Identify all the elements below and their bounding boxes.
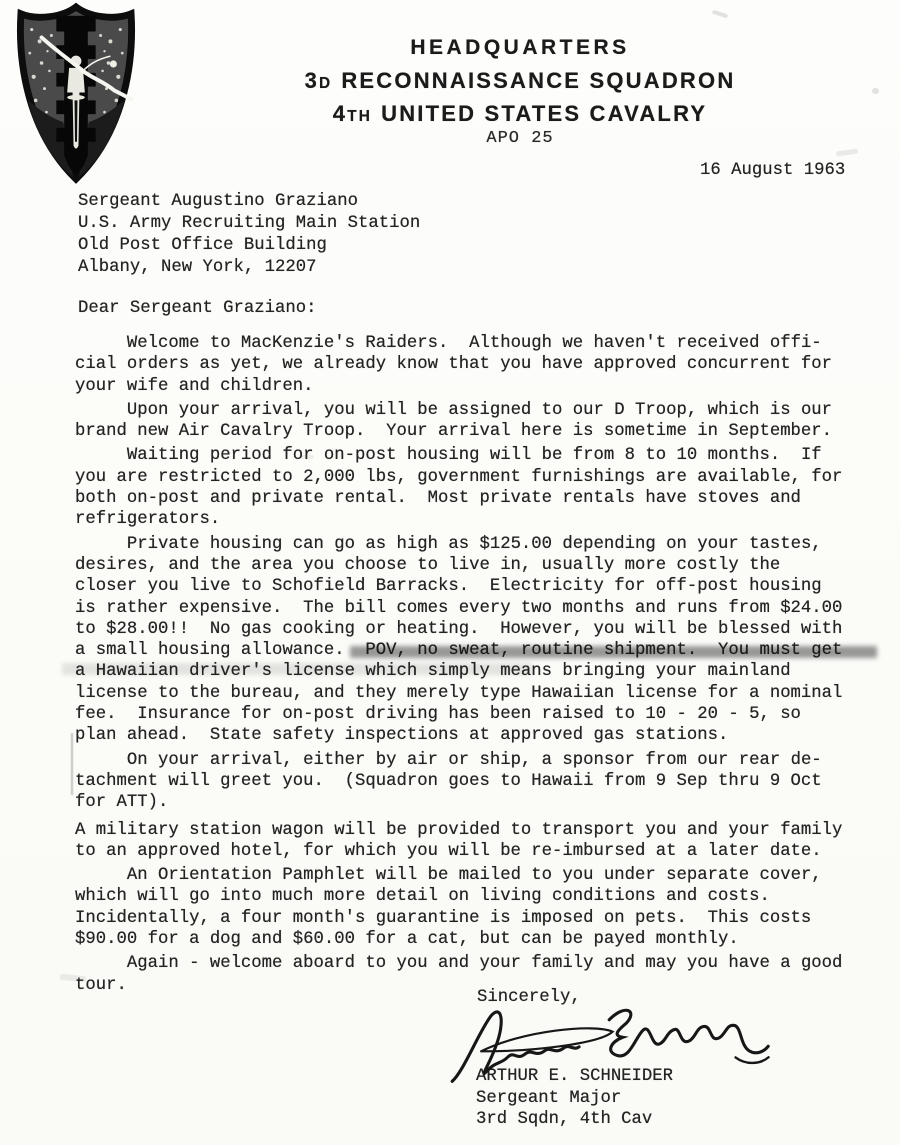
recipient-name: Sergeant Augustino Graziano: [78, 191, 420, 213]
squadron-number: 3: [305, 68, 319, 93]
body-paragraph: Private housing can go as high as $125.0…: [75, 534, 881, 747]
signer-rank: Sergeant Major: [476, 1088, 673, 1110]
squadron-ordinal: D: [319, 75, 332, 92]
regiment-ordinal: TH: [347, 108, 372, 125]
header-apo: APO 25: [140, 129, 900, 148]
squadron-name: RECONNAISSANCE SQUADRON: [341, 68, 735, 93]
header-regiment: 4THUNITED STATES CAVALRY: [140, 101, 900, 127]
recipient-address: Sergeant Augustino Graziano U.S. Army Re…: [78, 191, 420, 279]
signer-unit: 3rd Sqdn, 4th Cav: [476, 1109, 673, 1131]
body-paragraph: Upon your arrival, you will be assigned …: [75, 400, 881, 443]
body-paragraph: Welcome to MacKenzie's Raiders. Although…: [75, 333, 881, 397]
letter-body: Welcome to MacKenzie's Raiders. Although…: [75, 333, 881, 999]
recipient-org: U.S. Army Recruiting Main Station: [78, 213, 420, 235]
date-line: 16 August 1963: [700, 161, 845, 180]
body-paragraph: Waiting period for on-post housing will …: [75, 445, 881, 530]
regiment-number: 4: [333, 101, 347, 126]
recipient-city: Albany, New York, 12207: [78, 257, 420, 279]
body-paragraph: On your arrival, either by air or ship, …: [75, 750, 881, 814]
header-headquarters: HEADQUARTERS: [140, 36, 900, 60]
recipient-building: Old Post Office Building: [78, 235, 420, 257]
letter-page: HEADQUARTERS 3DRECONNAISSANCE SQUADRON 4…: [0, 0, 900, 1145]
salutation: Dear Sergeant Graziano:: [78, 299, 317, 318]
unit-shield-insignia-icon: [12, 2, 140, 184]
scan-speck: [836, 148, 858, 156]
scan-speck: [712, 10, 728, 19]
header-squadron: 3DRECONNAISSANCE SQUADRON: [140, 68, 900, 94]
body-paragraph: An Orientation Pamphlet will be mailed t…: [75, 865, 881, 950]
body-paragraph: A military station wagon will be provide…: [75, 820, 881, 863]
handwritten-signature: [437, 1000, 772, 1088]
regiment-name: UNITED STATES CAVALRY: [381, 101, 707, 126]
scan-crease-line: [71, 733, 73, 795]
